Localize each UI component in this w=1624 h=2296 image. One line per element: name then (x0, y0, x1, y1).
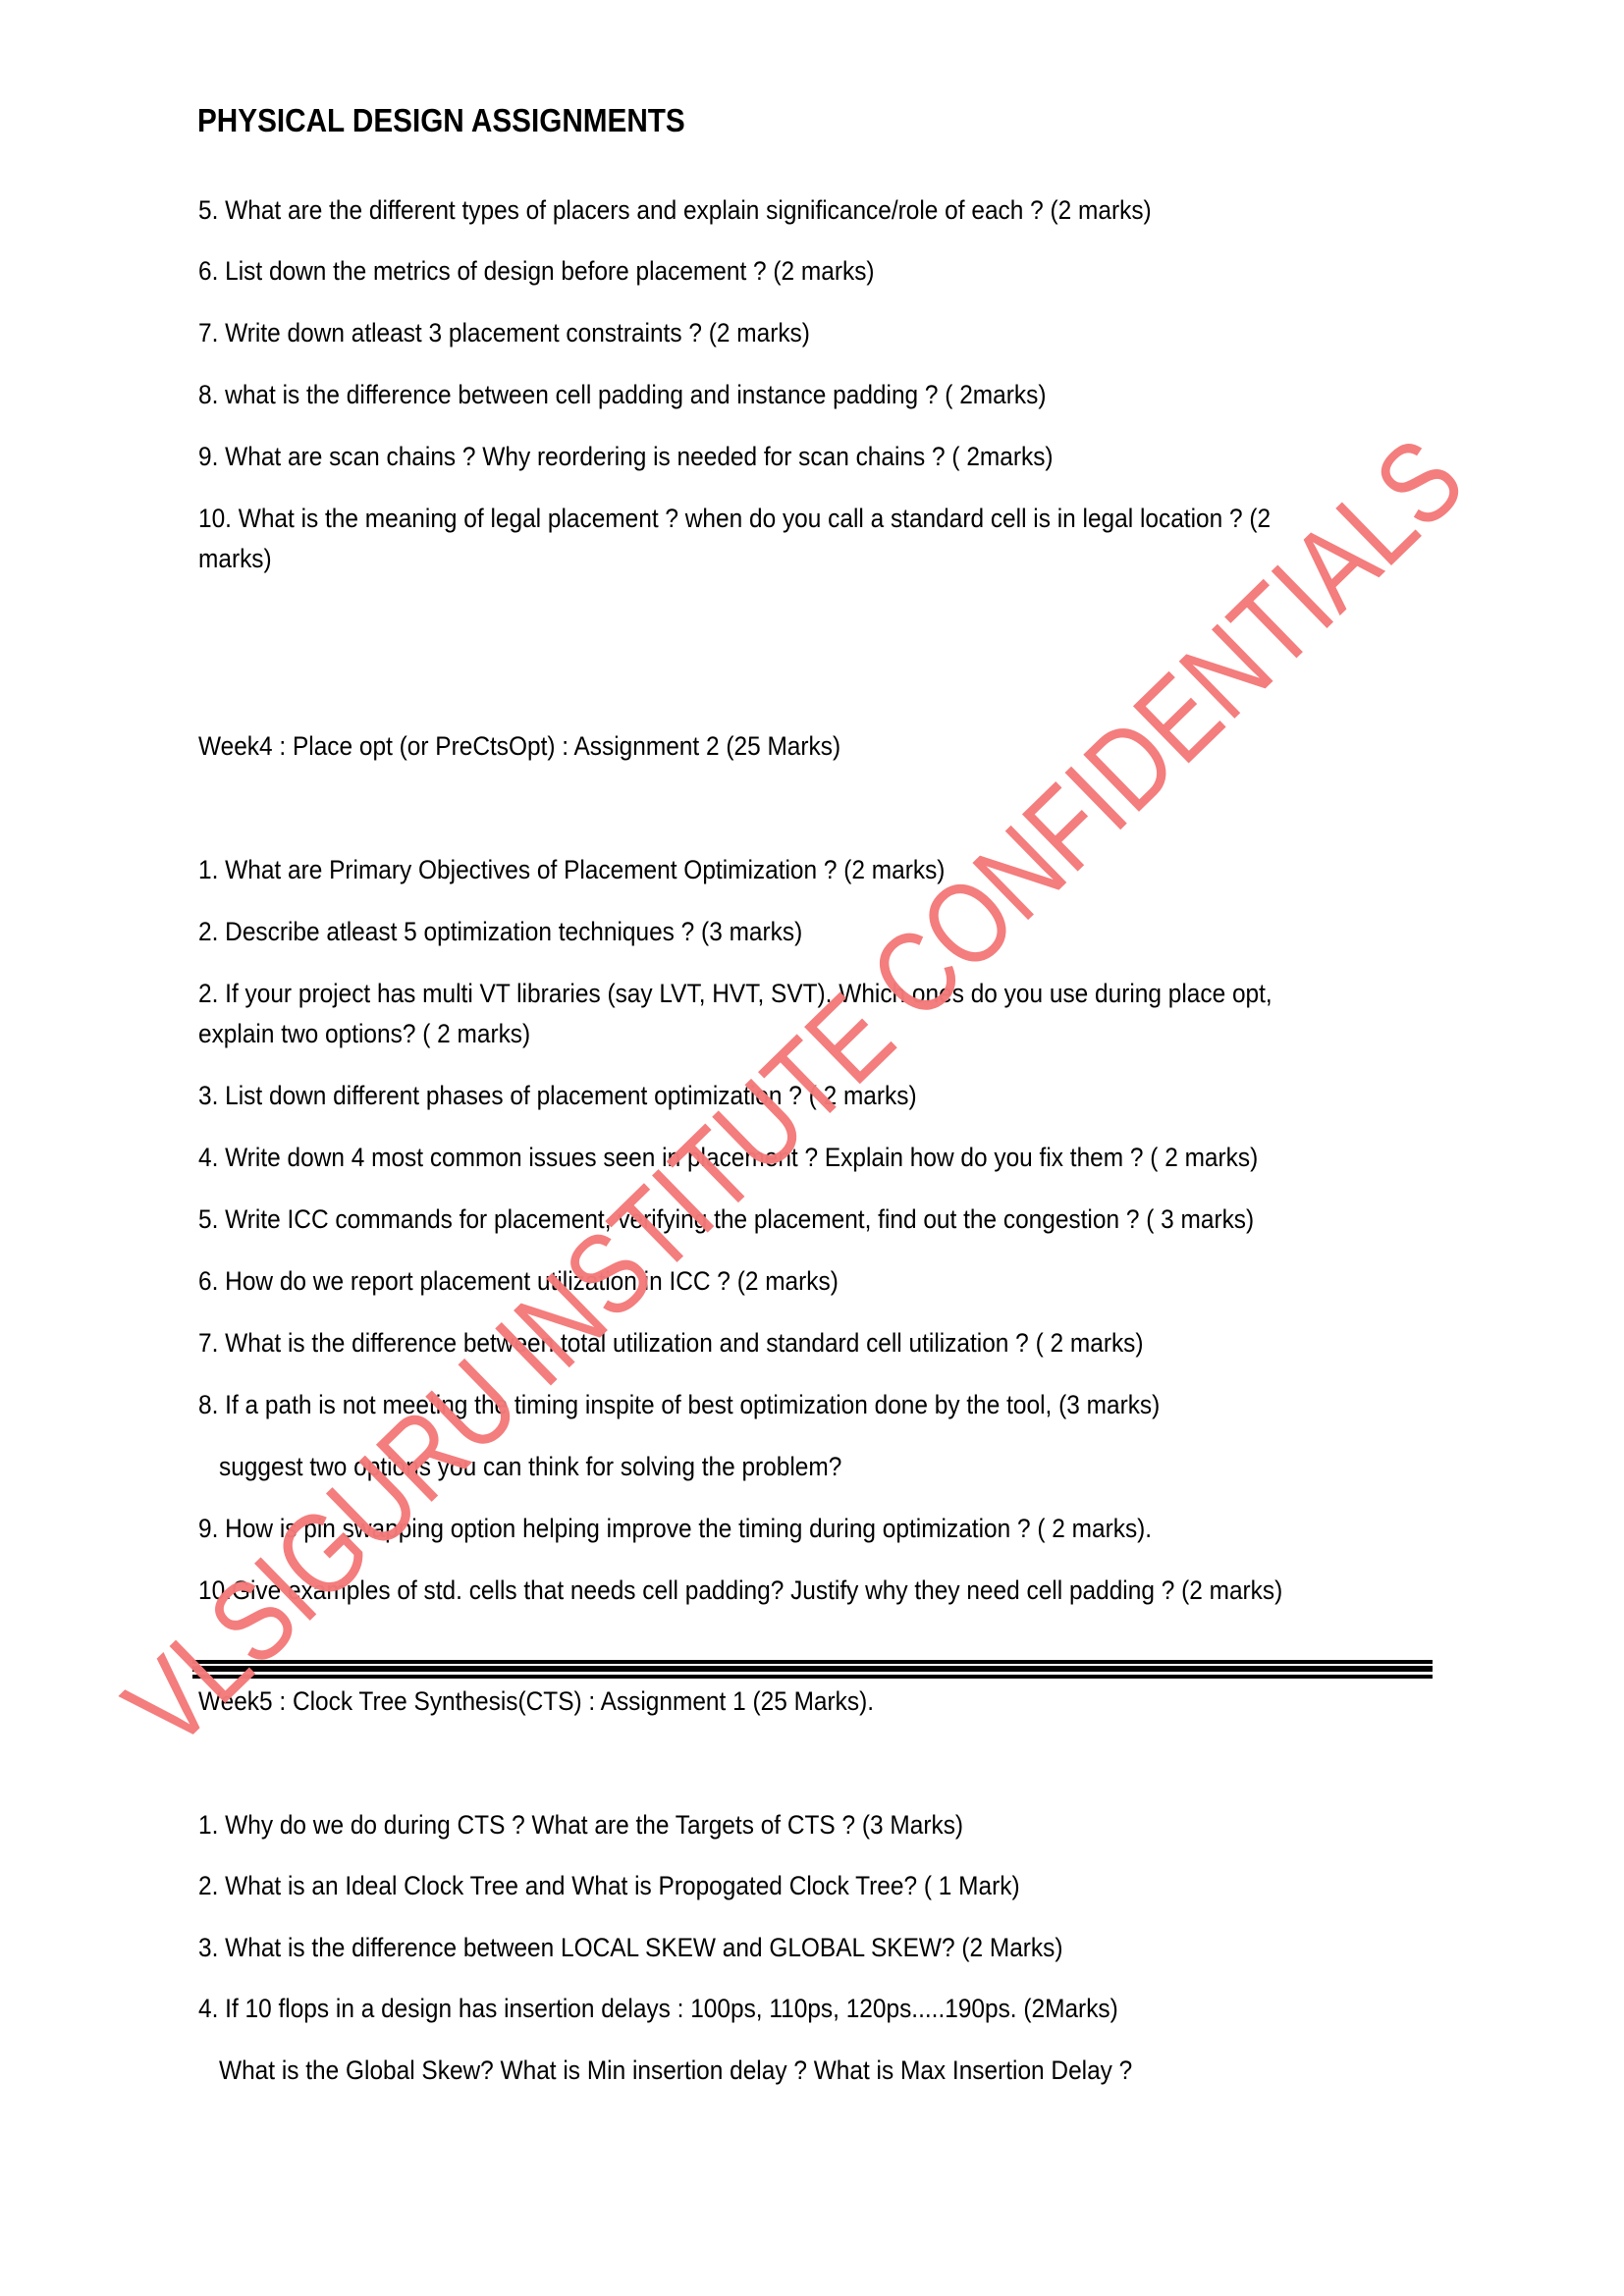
page-title: PHYSICAL DESIGN ASSIGNMENTS (197, 101, 685, 140)
question-item-continuation: suggest two options you can think for so… (219, 1451, 841, 1482)
question-item: 2. What is an Ideal Clock Tree and What … (198, 1870, 1020, 1901)
question-item: 1. What are Primary Objectives of Placem… (198, 854, 945, 885)
question-item: 6. How do we report placement utilizatio… (198, 1265, 839, 1297)
question-item: 5. What are the different types of place… (198, 194, 1152, 226)
question-item: 2. Describe atleast 5 optimization techn… (198, 916, 802, 947)
question-item: 5. Write ICC commands for placement, ver… (198, 1203, 1254, 1235)
question-item: 8. what is the difference between cell p… (198, 379, 1046, 410)
question-item: 2. If your project has multi VT librarie… (198, 978, 1272, 1009)
question-item-continuation: What is the Global Skew? What is Min ins… (219, 2055, 1132, 2086)
question-item: 6. List down the metrics of design befor… (198, 255, 875, 287)
question-item-continuation: marks) (198, 543, 272, 574)
question-item: 10. What is the meaning of legal placeme… (198, 503, 1271, 534)
question-item: 8. If a path is not meeting the timing i… (198, 1389, 1160, 1420)
question-item: 7. What is the difference between total … (198, 1327, 1144, 1359)
question-item: 4. Write down 4 most common issues seen … (198, 1142, 1258, 1173)
question-item-continuation: explain two options? ( 2 marks) (198, 1018, 530, 1049)
section-heading-week4: Week4 : Place opt (or PreCtsOpt) : Assig… (198, 730, 840, 762)
question-item: 9. How is pin swapping option helping im… (198, 1513, 1152, 1544)
section-divider-bottom (192, 1675, 1433, 1679)
question-item: 3. What is the difference between LOCAL … (198, 1932, 1063, 1963)
question-item: 3. List down different phases of placeme… (198, 1080, 917, 1111)
question-item: 1. Why do we do during CTS ? What are th… (198, 1809, 963, 1841)
question-item: 7. Write down atleast 3 placement constr… (198, 317, 810, 348)
question-item: 4. If 10 flops in a design has insertion… (198, 1993, 1118, 2024)
section-divider-top (192, 1660, 1433, 1664)
section-heading-week5: Week5 : Clock Tree Synthesis(CTS) : Assi… (198, 1685, 874, 1717)
question-item: 9. What are scan chains ? Why reordering… (198, 441, 1054, 472)
section-divider-middle (192, 1666, 1433, 1672)
document-page: PHYSICAL DESIGN ASSIGNMENTS 5. What are … (0, 0, 1624, 2296)
question-item: 10.Give examples of std. cells that need… (198, 1575, 1282, 1606)
